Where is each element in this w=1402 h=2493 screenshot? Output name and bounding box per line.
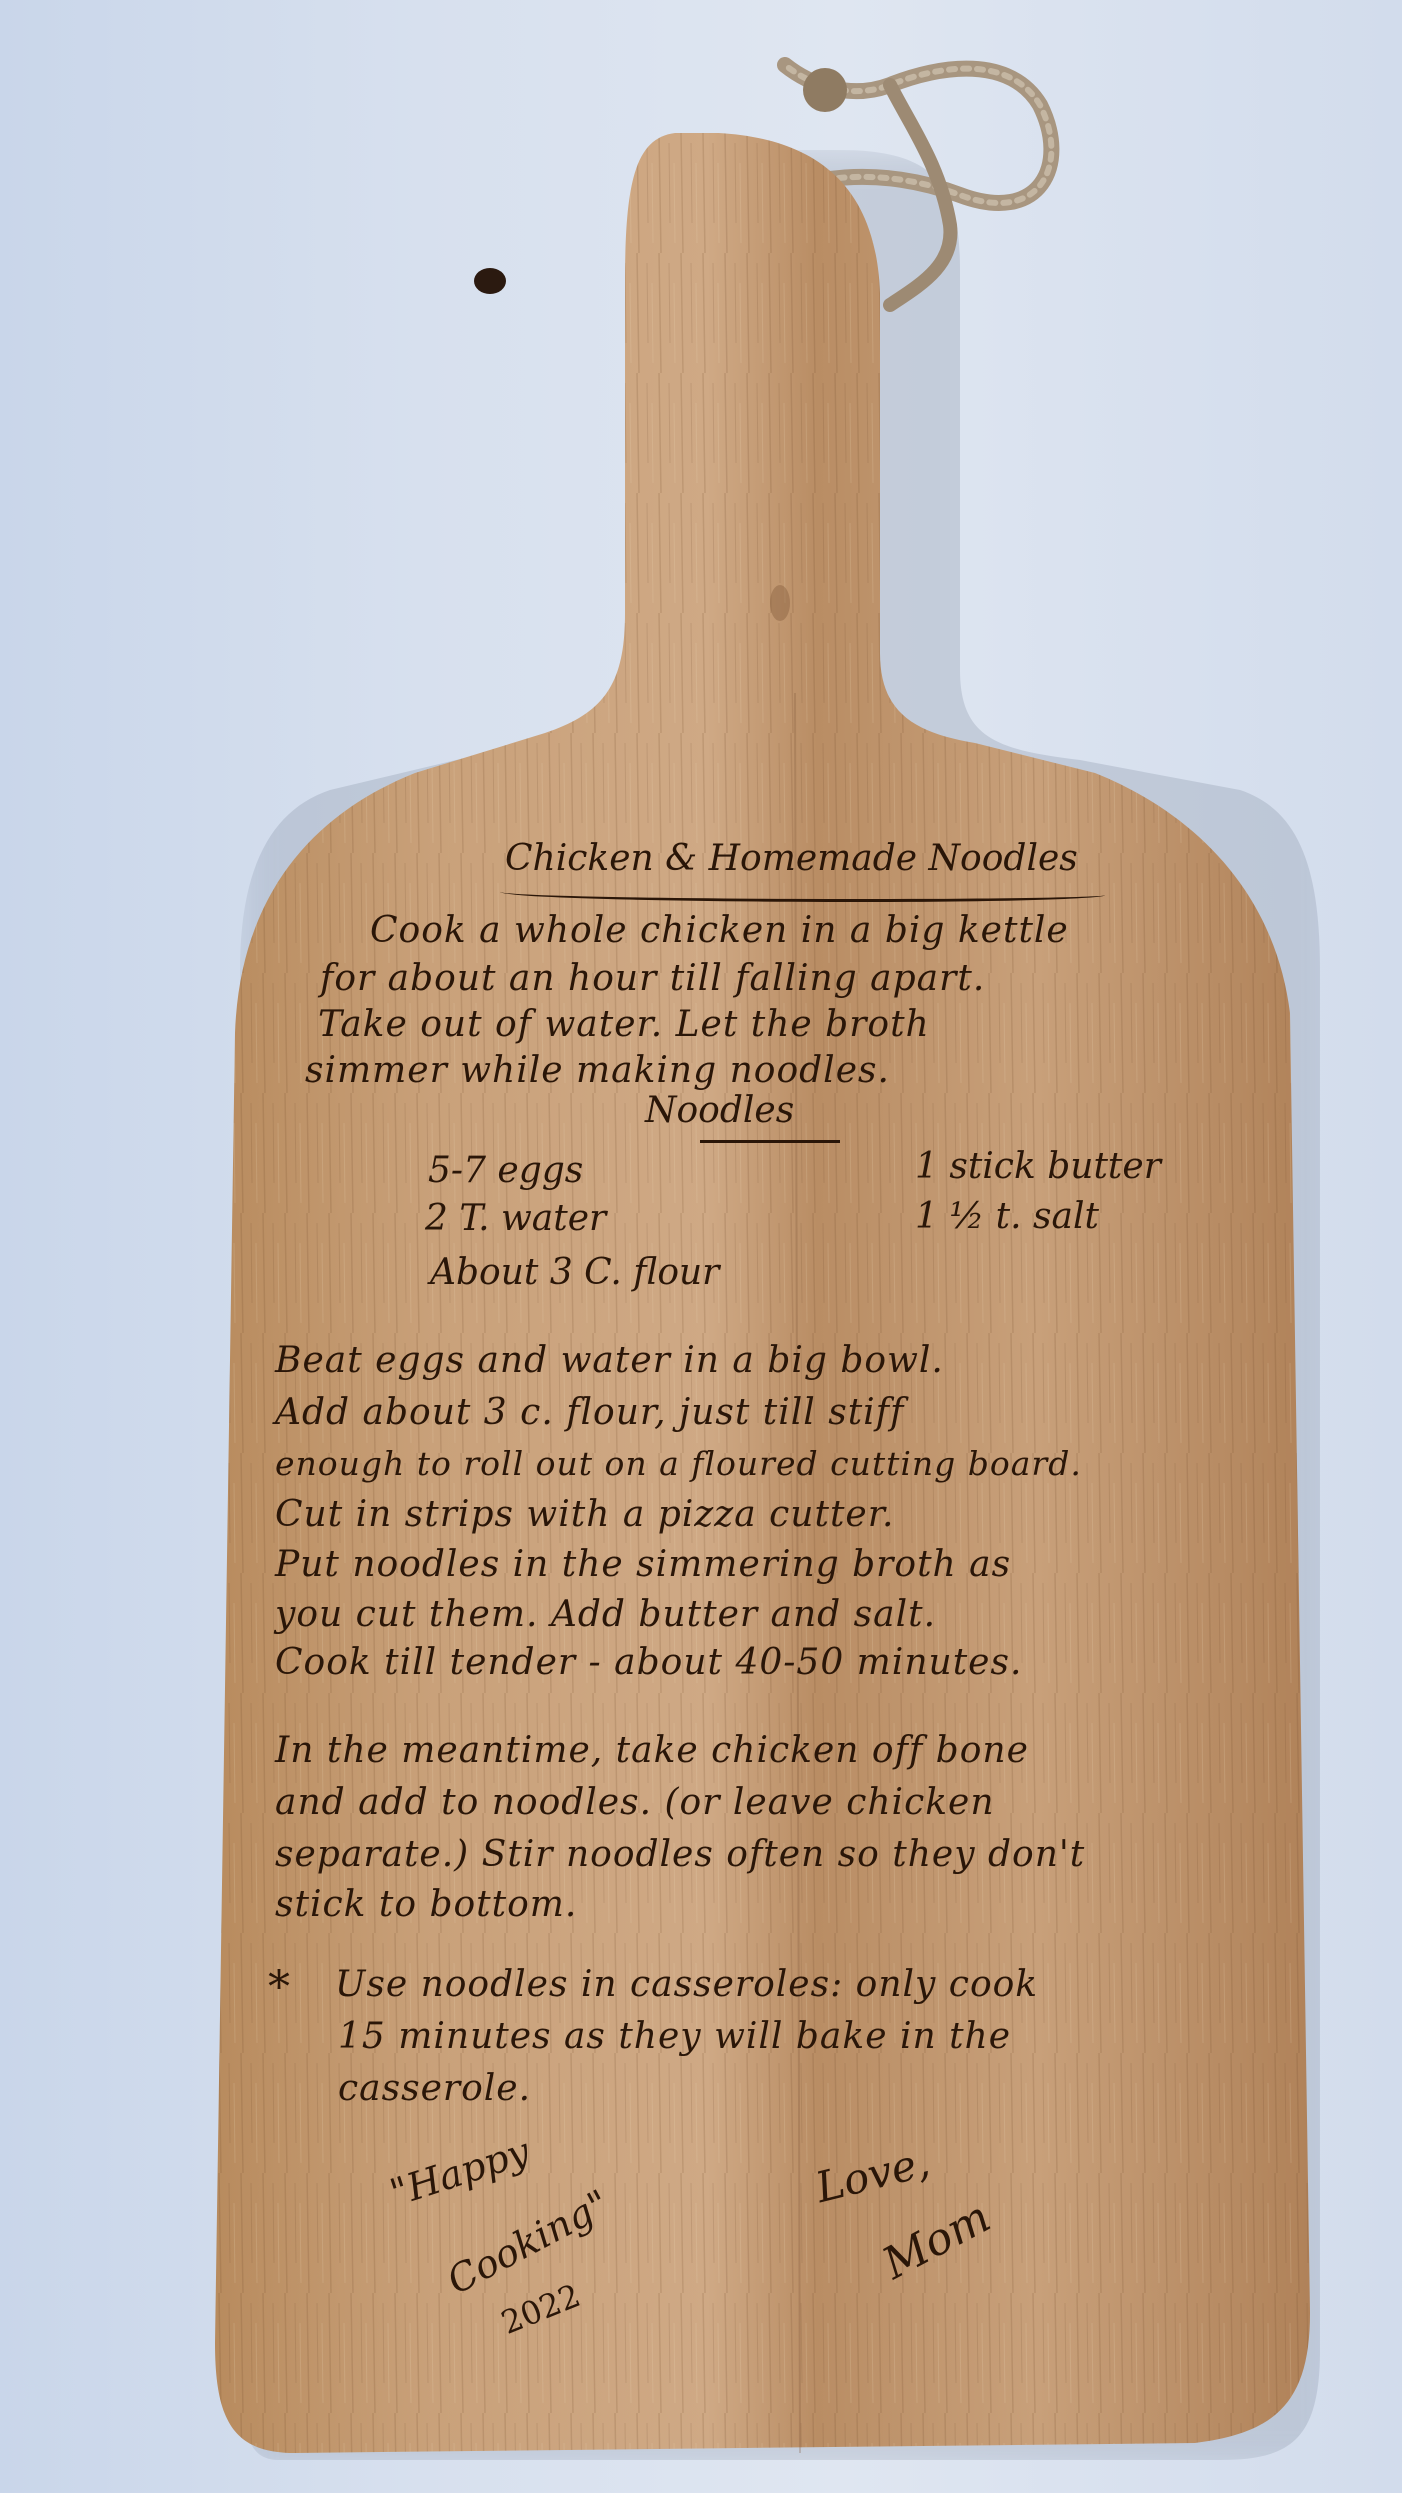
intro-line: simmer while making noodles. xyxy=(305,1050,890,1091)
method-line: you cut them. Add butter and salt. xyxy=(275,1594,936,1635)
intro-line: for about an hour till falling apart. xyxy=(320,958,985,999)
engraved-recipe: Chicken & Homemade Noodles Cook a whole … xyxy=(0,0,1402,2493)
intro-line: Cook a whole chicken in a big kettle xyxy=(370,910,1069,951)
ingredient: About 3 C. flour xyxy=(430,1252,719,1293)
noodles-underline xyxy=(700,1140,840,1143)
happy-text: "Happy xyxy=(385,2129,535,2215)
ingredient: 2 T. water xyxy=(425,1198,606,1239)
note-line: casserole. xyxy=(338,2068,531,2109)
method-line: Put noodles in the simmering broth as xyxy=(275,1544,1011,1585)
method-line: enough to roll out on a floured cutting … xyxy=(275,1444,1082,1483)
ingredient: 5-7 eggs xyxy=(428,1150,583,1191)
ingredient: 1 stick butter xyxy=(915,1146,1161,1187)
meantime-line: In the meantime, take chicken off bone xyxy=(275,1730,1029,1771)
year-text: 2022 xyxy=(496,2276,586,2342)
recipe-title: Chicken & Homemade Noodles xyxy=(505,838,1078,879)
love-text: Love, xyxy=(811,2137,935,2212)
method-line: Cook till tender - about 40-50 minutes. xyxy=(275,1642,1022,1683)
note-line: 15 minutes as they will bake in the xyxy=(338,2016,1011,2057)
method-line: Beat eggs and water in a big bowl. xyxy=(275,1340,944,1381)
meantime-line: and add to noodles. (or leave chicken xyxy=(275,1782,995,1823)
meantime-line: separate.) Stir noodles often so they do… xyxy=(275,1834,1085,1875)
note-asterisk: * xyxy=(268,1962,291,2013)
title-underline xyxy=(500,885,1105,902)
cooking-text: Cooking" xyxy=(440,2181,616,2303)
noodles-heading: Noodles xyxy=(645,1090,794,1131)
meantime-line: stick to bottom. xyxy=(275,1884,577,1925)
method-line: Cut in strips with a pizza cutter. xyxy=(275,1494,894,1535)
method-line: Add about 3 c. flour, just till stiff xyxy=(275,1392,904,1433)
intro-line: Take out of water. Let the broth xyxy=(318,1004,930,1045)
note-line: Use noodles in casseroles: only cook xyxy=(335,1964,1038,2005)
mom-text: Mom xyxy=(875,2191,999,2289)
ingredient: 1 ½ t. salt xyxy=(915,1196,1099,1237)
